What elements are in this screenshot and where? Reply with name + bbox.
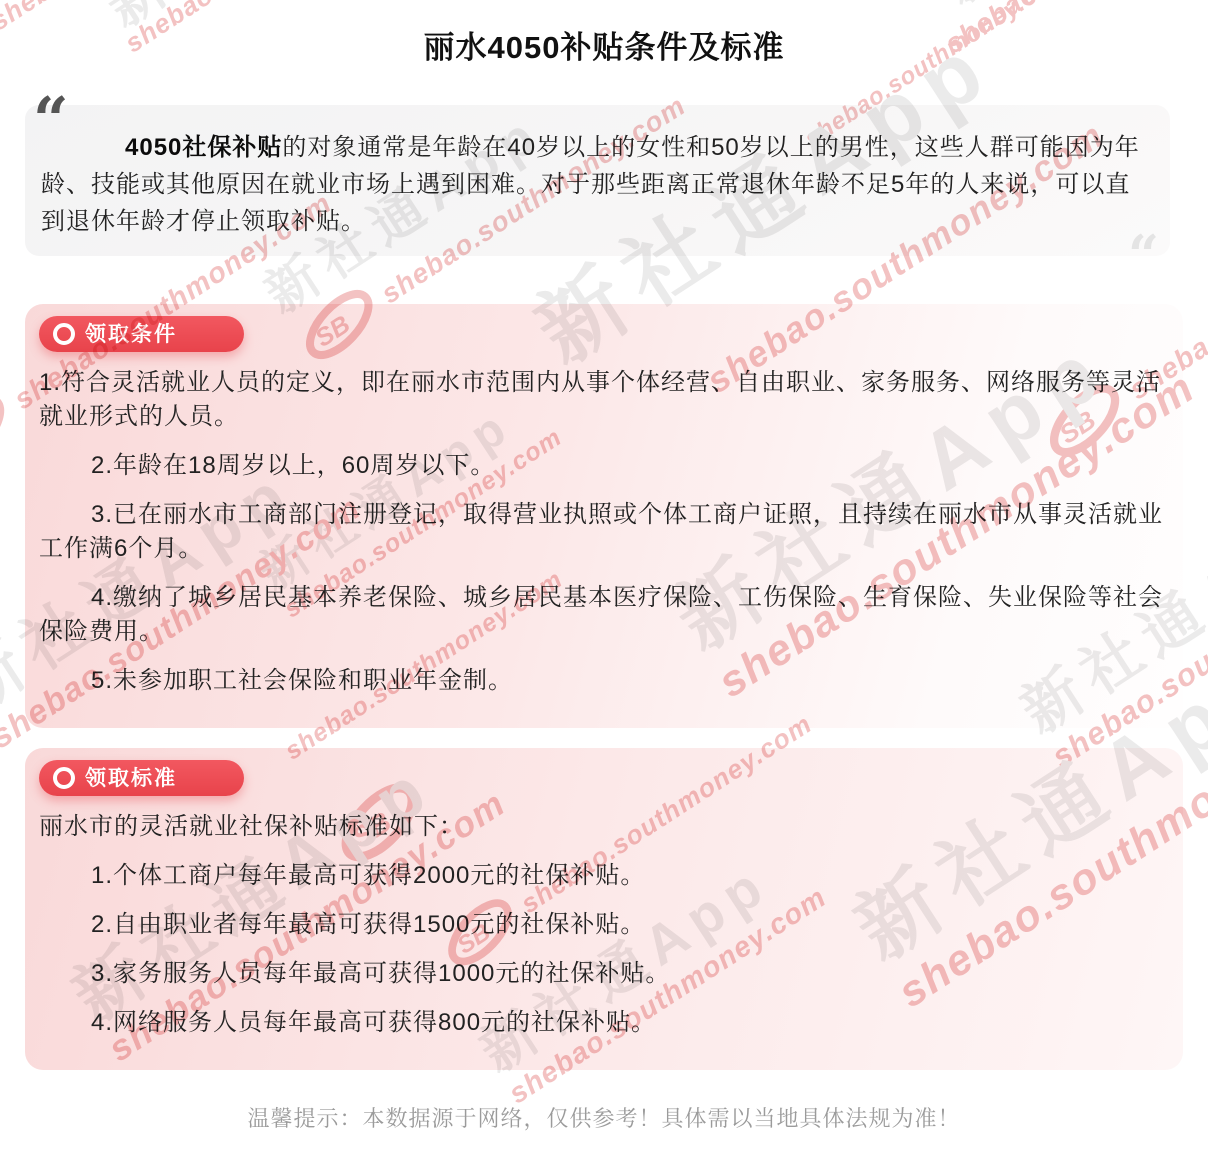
intro-lead-term: 4050社保补贴 xyxy=(125,134,282,161)
close-quote-icon: “ xyxy=(1128,228,1160,282)
circle-ring-icon xyxy=(53,767,75,789)
page-title: 丽水4050补贴条件及标准 xyxy=(0,0,1208,67)
standard-item-4: 4.网络服务人员每年最高可获得800元的社保补贴。 xyxy=(39,1006,1169,1040)
standard-item-3: 3.家务服务人员每年最高可获得1000元的社保补贴。 xyxy=(39,957,1169,991)
intro-summary-box: “ 4050社保补贴的对象通常是年龄在40岁以上的女性和50岁以上的男性，这些人… xyxy=(25,105,1170,256)
standard-item-2: 2.自由职业者每年最高可获得1500元的社保补贴。 xyxy=(39,908,1169,942)
standards-badge: 领取标准 xyxy=(39,760,244,796)
article-page: 丽水4050补贴条件及标准 “ 4050社保补贴的对象通常是年龄在40岁以上的女… xyxy=(0,0,1208,1158)
condition-item-1: 1.符合灵活就业人员的定义，即在丽水市范围内从事个体经营、自由职业、家务服务、网… xyxy=(39,366,1169,434)
condition-item-2: 2.年龄在18周岁以上，60周岁以下。 xyxy=(39,449,1169,483)
condition-item-3: 3.已在丽水市工商部门注册登记，取得营业执照或个体工商户证照，且持续在丽水市从事… xyxy=(39,498,1169,566)
conditions-badge: 领取条件 xyxy=(39,316,244,352)
open-quote-icon: “ xyxy=(33,89,70,151)
condition-item-5: 5.未参加职工社会保险和职业年金制。 xyxy=(39,664,1169,698)
section-conditions: 领取条件 1.符合灵活就业人员的定义，即在丽水市范围内从事个体经营、自由职业、家… xyxy=(25,304,1183,728)
shebao-logo-icon: SB xyxy=(0,380,27,485)
standards-badge-label: 领取标准 xyxy=(85,768,177,789)
condition-item-4: 4.缴纳了城乡居民基本养老保险、城乡居民基本医疗保险、工伤保险、生育保险、失业保… xyxy=(39,581,1169,649)
circle-ring-icon xyxy=(53,323,75,345)
section-standards: 领取标准 丽水市的灵活就业社保补贴标准如下： 1.个体工商户每年最高可获得200… xyxy=(25,748,1183,1070)
standard-item-1: 1.个体工商户每年最高可获得2000元的社保补贴。 xyxy=(39,859,1169,893)
disclaimer-note: 温馨提示：本数据源于网络，仅供参考！具体需以当地具体法规为准！ xyxy=(0,1102,1208,1133)
standards-intro: 丽水市的灵活就业社保补贴标准如下： xyxy=(39,810,1169,844)
conditions-badge-label: 领取条件 xyxy=(85,324,177,345)
intro-paragraph: 4050社保补贴的对象通常是年龄在40岁以上的女性和50岁以上的男性，这些人群可… xyxy=(41,129,1154,240)
